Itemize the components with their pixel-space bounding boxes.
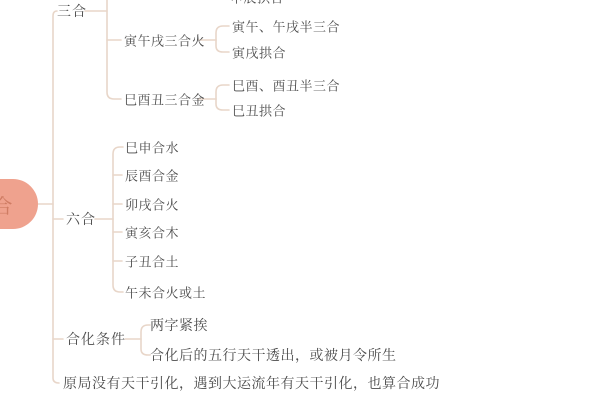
node-yinwu-wuxu-ban-sanhe[interactable]: 寅午、午戌半三合 <box>232 17 340 36</box>
node-maoxu-he-huo[interactable]: 卯戌合火 <box>125 195 179 214</box>
node-siyou-youchou-ban-sanhe[interactable]: 巳酉、酉丑半三合 <box>232 76 340 95</box>
branch-yuanju-note-label[interactable]: 原局没有天干引化，遇到大运流年有天干引化，也算合成功 <box>63 373 440 393</box>
node-shenchen-gonghe-partial[interactable]: 申辰拱合 <box>230 0 284 7</box>
branch-hehua-tiaojian-label[interactable]: 合化条件 <box>66 329 126 349</box>
node-chenyou-he-jin[interactable]: 辰酉合金 <box>125 166 179 185</box>
root-node-label: 合 <box>0 190 14 219</box>
node-siyouchou-sanhe-jin[interactable]: 巳酉丑三合金 <box>124 90 205 109</box>
node-zichou-he-tu[interactable]: 子丑合土 <box>125 252 179 271</box>
node-yinhai-he-mu[interactable]: 寅亥合木 <box>125 223 179 242</box>
node-wuwei-he-huo-or-tu[interactable]: 午未合火或土 <box>125 283 206 302</box>
mindmap-canvas: 合 申辰拱合 三合 寅午戌三合火 寅午、午戌半三合 寅戌拱合 巳酉丑三合金 巳酉… <box>0 0 600 400</box>
branch-sanhe-label[interactable]: 三合 <box>57 1 87 21</box>
node-sichou-gonghe[interactable]: 巳丑拱合 <box>232 101 286 120</box>
node-liangzi-jinai[interactable]: 两字紧挨 <box>150 315 208 335</box>
node-yinxu-gonghe[interactable]: 寅戌拱合 <box>232 43 286 62</box>
branch-liuhe-label[interactable]: 六合 <box>66 209 96 229</box>
node-sishen-he-shui[interactable]: 巳申合水 <box>125 138 179 157</box>
node-hehua-wuxing-tiangan-toucu[interactable]: 合化后的五行天干透出，或被月令所生 <box>150 345 397 365</box>
node-yinwuxu-sanhe-huo[interactable]: 寅午戌三合火 <box>124 31 205 50</box>
